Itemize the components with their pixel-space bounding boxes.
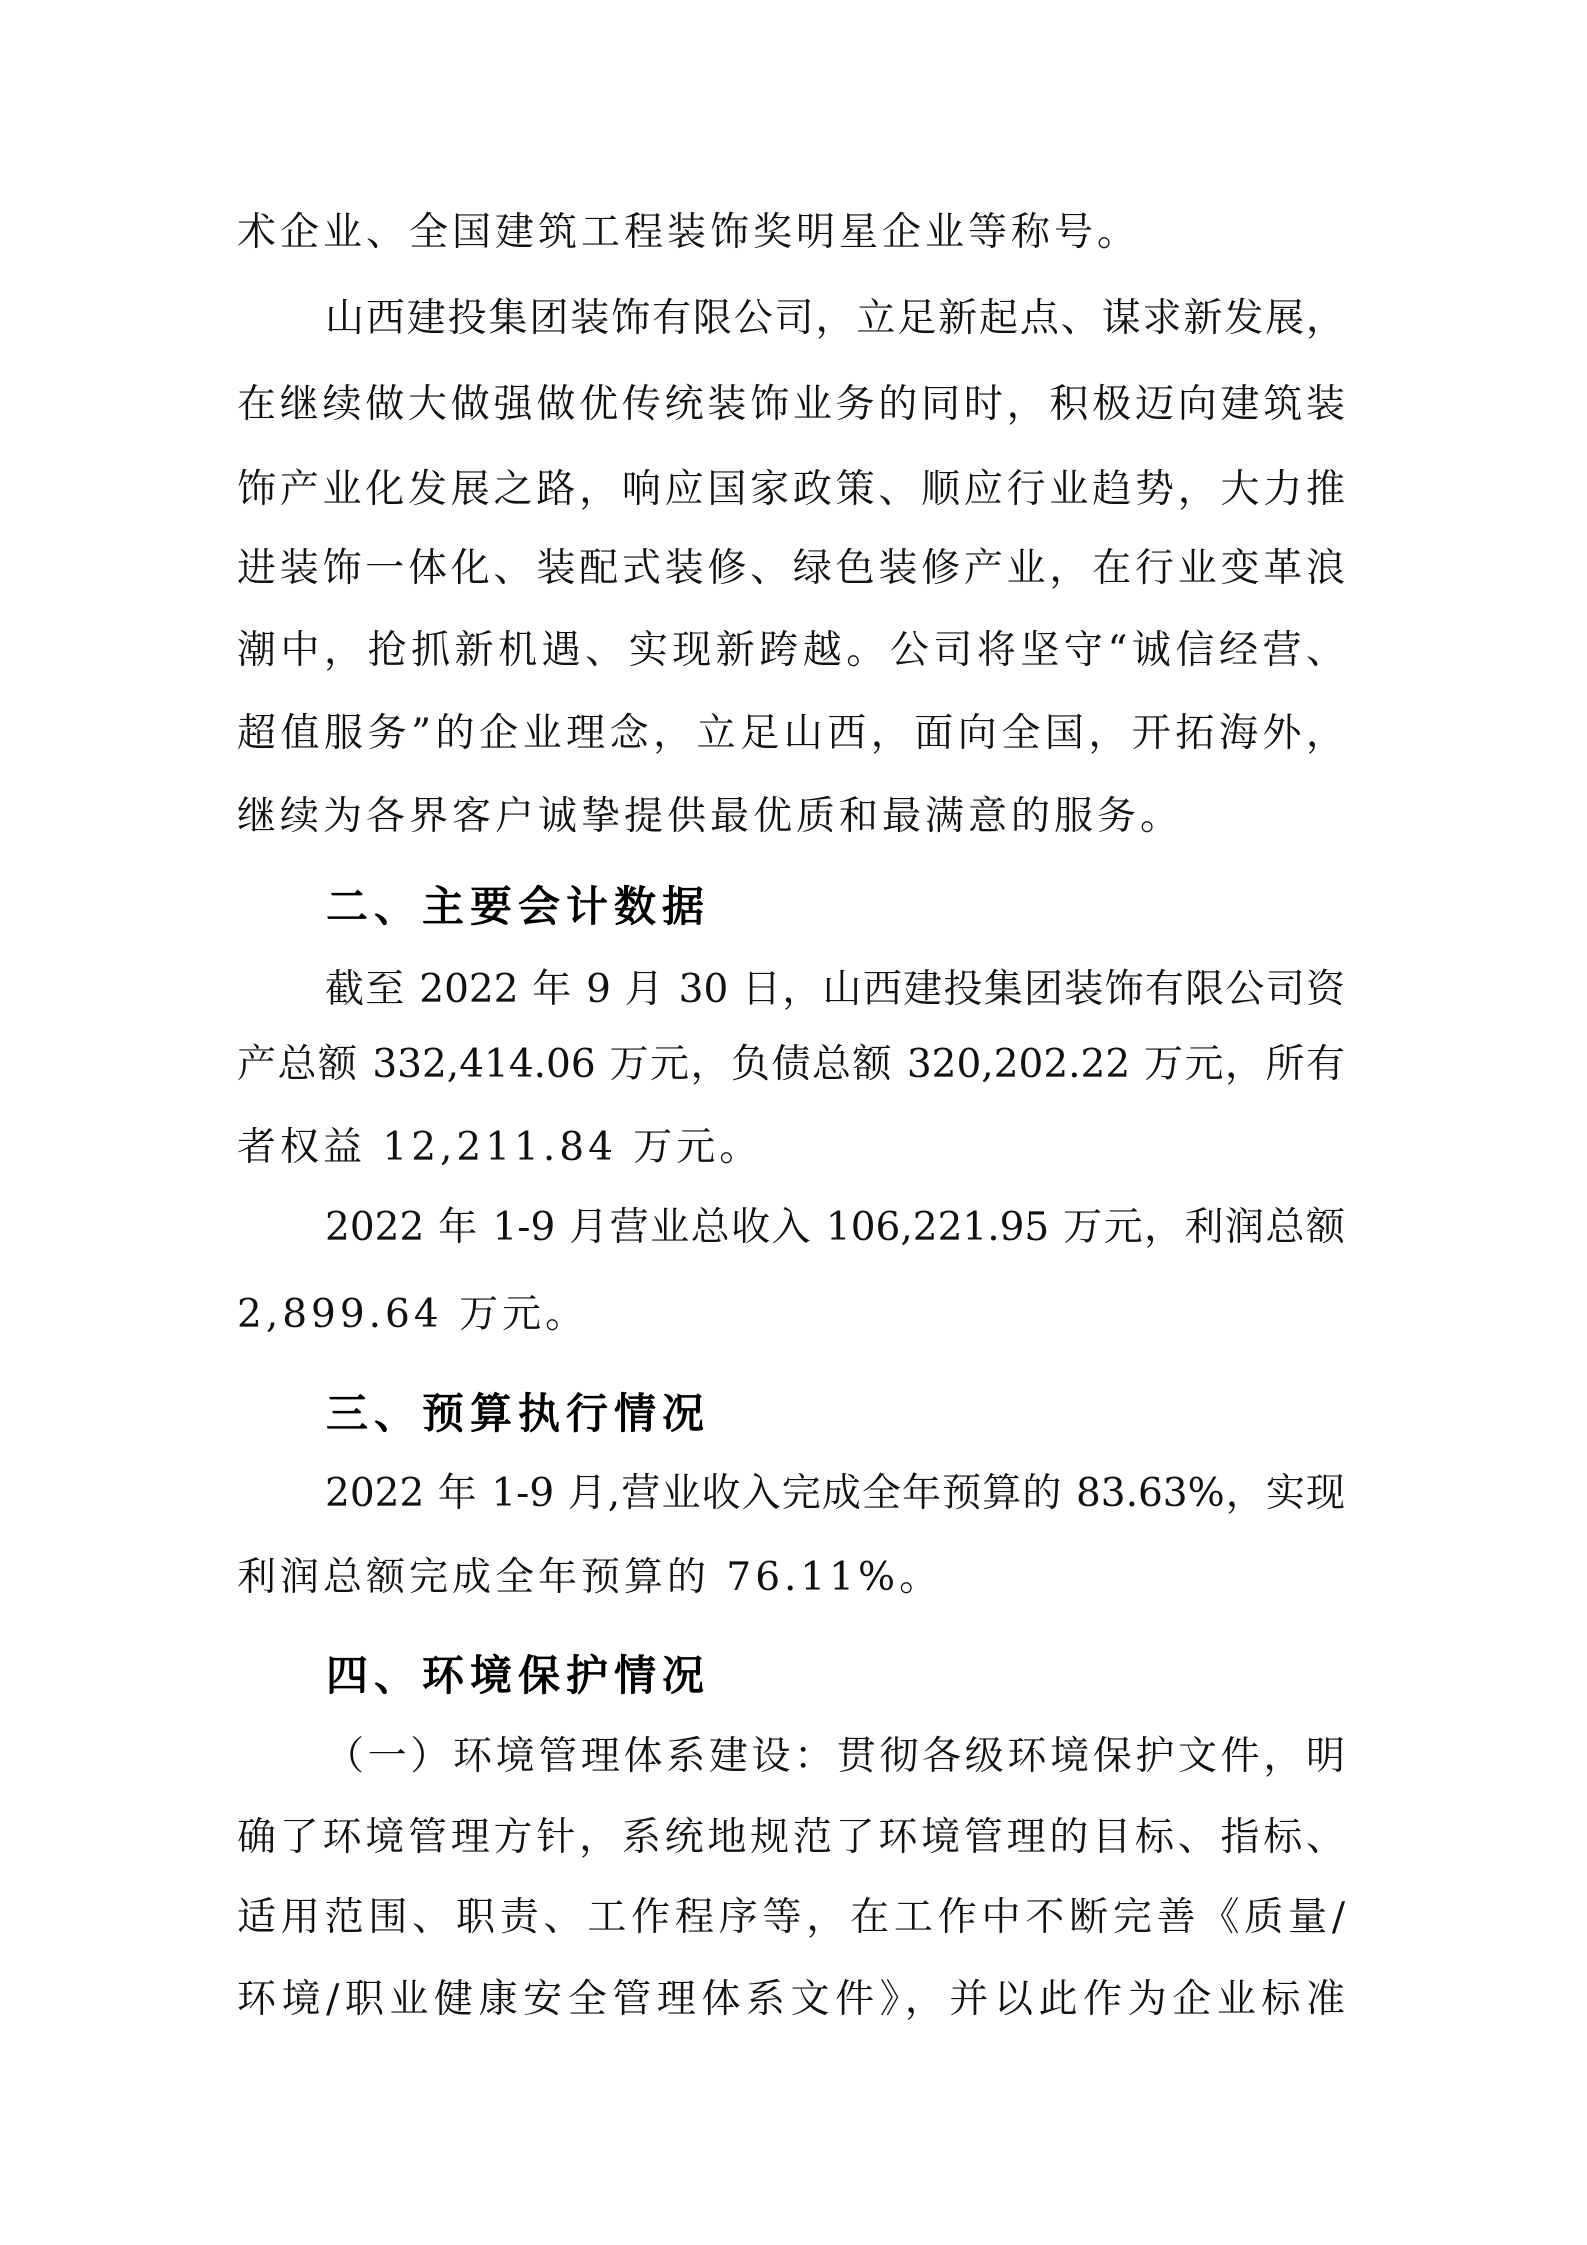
paragraph-line: 超值服务”的企业理念，立足山西，面向全国，开拓海外， [237, 704, 1345, 764]
section-heading-accounting-data: 二、主要会计数据 [326, 877, 1026, 937]
paragraph-line: 环境/职业健康安全管理体系文件》，并以此作为企业标准 [237, 1970, 1345, 2030]
paragraph-line: 截至 2022 年 9 月 30 日，山西建投集团装饰有限公司资 [325, 960, 1345, 1020]
paragraph-line: 利润总额完成全年预算的 76.11%。 [237, 1548, 1345, 1608]
paragraph-line: 术企业、全国建筑工程装饰奖明星企业等称号。 [237, 203, 1345, 263]
paragraph-line: 饰产业化发展之路，响应国家政策、顺应行业趋势，大力推 [237, 460, 1345, 520]
paragraph-line: 进装饰一体化、装配式装修、绿色装修产业，在行业变革浪 [237, 539, 1345, 599]
paragraph-line: 2022 年 1-9 月,营业收入完成全年预算的 83.63%，实现 [325, 1464, 1345, 1524]
paragraph-line: 山西建投集团装饰有限公司，立足新起点、谋求新发展， [325, 289, 1345, 349]
paragraph-line: 2,899.64 万元。 [237, 1285, 1345, 1345]
paragraph-line: 产总额 332,414.06 万元，负债总额 320,202.22 万元，所有 [237, 1035, 1345, 1095]
paragraph-line: 确了环境管理方针，系统地规范了环境管理的目标、指标、 [237, 1808, 1345, 1868]
section-heading-budget-execution: 三、预算执行情况 [326, 1384, 1026, 1444]
paragraph-line: 适用范围、职责、工作程序等，在工作中不断完善《质量/ [237, 1888, 1345, 1948]
paragraph-line: 者权益 12,211.84 万元。 [237, 1118, 1345, 1178]
paragraph-line: 在继续做大做强做优传统装饰业务的同时，积极迈向建筑装 [237, 375, 1345, 435]
paragraph-line: 潮中，抢抓新机遇、实现新跨越。公司将坚守“诚信经营、 [237, 621, 1345, 681]
document-page: 术企业、全国建筑工程装饰奖明星企业等称号。 山西建投集团装饰有限公司，立足新起点… [0, 0, 1587, 2245]
paragraph-line: 继续为各界客户诚挚提供最优质和最满意的服务。 [237, 787, 1345, 847]
paragraph-line: （一）环境管理体系建设：贯彻各级环境保护文件，明 [325, 1727, 1345, 1787]
paragraph-line: 2022 年 1-9 月营业总收入 106,221.95 万元，利润总额 [325, 1198, 1345, 1258]
section-heading-environmental-protection: 四、环境保护情况 [326, 1646, 1026, 1706]
